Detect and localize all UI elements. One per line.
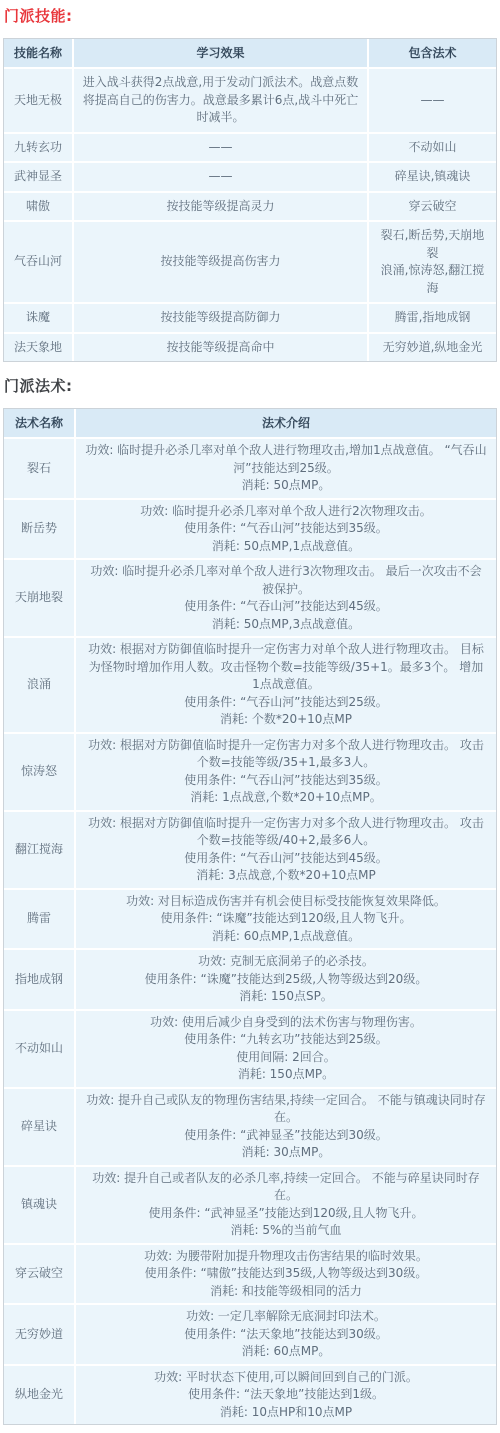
spell-intro-line: 功效: 根据对方防御值临时提升一定伤害力对单个敌人进行物理攻击。 目标为怪物时增… — [85, 641, 487, 694]
spell-intro-cell: 功效: 根据对方防御值临时提升一定伤害力对多个敌人进行物理攻击。 攻击个数=技能… — [76, 734, 496, 812]
spell-intro-line: 使用条件: “气吞山河”技能达到35级。 — [85, 520, 487, 538]
spell-name-cell: 纵地金光 — [4, 1366, 76, 1425]
spell-intro-line: 使用条件: “武神显圣”技能达到30级。 — [85, 1127, 487, 1145]
spell-intro-cell: 功效: 提升自己或者队友的必杀几率,持续一定回合。 不能与碎星诀同时存在。使用条… — [76, 1167, 496, 1245]
spell-name-cell: 指地成钢 — [4, 950, 76, 1011]
spell-name-cell: 裂石 — [4, 439, 76, 500]
spell-name-cell: 断岳势 — [4, 500, 76, 561]
spells-table: 法术名称 法术介绍 裂石功效: 临时提升必杀几率对单个敌人进行物理攻击,增加1点… — [3, 408, 497, 1425]
spell-intro-cell: 功效: 一定几率解除无底洞封印法术。使用条件: “法天象地”技能达到30级。消耗… — [76, 1305, 496, 1366]
spell-row: 指地成钢功效: 克制无底洞弟子的必杀技。使用条件: “诛魔”技能达到25级,人物… — [4, 950, 496, 1011]
skill-row: 九转玄功——不动如山 — [4, 134, 496, 164]
spell-intro-cell: 功效: 临时提升必杀几率对单个敌人进行2次物理攻击。使用条件: “气吞山河”技能… — [76, 500, 496, 561]
spell-intro-cell: 功效: 克制无底洞弟子的必杀技。使用条件: “诛魔”技能达到25级,人物等级达到… — [76, 950, 496, 1011]
page: 门派技能: 技能名称 学习效果 包含法术 天地无极进入战斗获得2点战意,用于发动… — [0, 0, 500, 1433]
spell-intro-line: 使用条件: “法天象地”技能达到30级。 — [85, 1326, 487, 1344]
skill-spells-cell: 穿云破空 — [369, 193, 496, 223]
spell-intro-line: 功效: 使用后减少自身受到的法术伤害与物理伤害。 — [85, 1014, 487, 1032]
spell-intro-line: 功效: 为腰带附加提升物理攻击伤害结果的临时效果。 — [85, 1248, 487, 1266]
spell-intro-cell: 功效: 使用后减少自身受到的法术伤害与物理伤害。使用条件: “九转玄功”技能达到… — [76, 1011, 496, 1089]
skill-row: 诛魔按技能等级提高防御力腾雷,指地成钢 — [4, 304, 496, 334]
spell-intro-line: 消耗: 60点MP,1点战意值。 — [85, 928, 487, 946]
spell-intro-line: 消耗: 个数*20+10点MP — [85, 711, 487, 729]
skill-effect-cell: 进入战斗获得2点战意,用于发动门派法术。战意点数将提高自己的伤害力。战意最多累计… — [74, 69, 369, 134]
spell-row: 不动如山功效: 使用后减少自身受到的法术伤害与物理伤害。使用条件: “九转玄功”… — [4, 1011, 496, 1089]
spell-row: 裂石功效: 临时提升必杀几率对单个敌人进行物理攻击,增加1点战意值。 “气吞山河… — [4, 439, 496, 500]
spell-intro-line: 消耗: 30点MP。 — [85, 1144, 487, 1162]
spell-intro-line: 消耗: 50点MP,1点战意值。 — [85, 538, 487, 556]
skill-name-cell: 啸傲 — [4, 193, 74, 223]
spell-intro-line: 使用间隔: 2回合。 — [85, 1049, 487, 1067]
skills-header-effect: 学习效果 — [74, 39, 369, 69]
spell-intro-line: 使用条件: “法天象地”技能达到1级。 — [85, 1386, 487, 1404]
skill-name-cell: 法天象地 — [4, 334, 74, 362]
spell-intro-line: 消耗: 5%的当前气血 — [85, 1222, 487, 1240]
spell-intro-cell: 功效: 提升自己或队友的物理伤害结果,持续一定回合。 不能与镇魂诀同时存在。使用… — [76, 1089, 496, 1167]
skill-name-cell: 天地无极 — [4, 69, 74, 134]
skill-name-cell: 气吞山河 — [4, 222, 74, 304]
spell-row: 无穷妙道功效: 一定几率解除无底洞封印法术。使用条件: “法天象地”技能达到30… — [4, 1305, 496, 1366]
skill-name-cell: 九转玄功 — [4, 134, 74, 164]
spell-name-cell: 翻江搅海 — [4, 812, 76, 890]
spell-intro-cell: 功效: 根据对方防御值临时提升一定伤害力对多个敌人进行物理攻击。 攻击个数=技能… — [76, 812, 496, 890]
skill-row: 天地无极进入战斗获得2点战意,用于发动门派法术。战意点数将提高自己的伤害力。战意… — [4, 69, 496, 134]
spell-intro-line: 功效: 根据对方防御值临时提升一定伤害力对多个敌人进行物理攻击。 攻击个数=技能… — [85, 737, 487, 772]
spell-intro-line: 消耗: 150点MP。 — [85, 1066, 487, 1084]
spell-intro-line: 使用条件: “气吞山河”技能达到45级。 — [85, 598, 487, 616]
spells-header-row: 法术名称 法术介绍 — [4, 409, 496, 439]
skill-effect-cell: —— — [74, 134, 369, 164]
spell-intro-line: 消耗: 和技能等级相同的活力 — [85, 1283, 487, 1301]
spell-intro-line: 使用条件: “武神显圣”技能达到120级,且人物飞升。 — [85, 1205, 487, 1223]
skill-row: 武神显圣——碎星诀,镇魂诀 — [4, 163, 496, 193]
spell-name-cell: 碎星诀 — [4, 1089, 76, 1167]
skill-spells-cell: 腾雷,指地成钢 — [369, 304, 496, 334]
spell-intro-line: 使用条件: “诛魔”技能达到120级,且人物飞升。 — [85, 910, 487, 928]
spells-header-name: 法术名称 — [4, 409, 76, 439]
spell-intro-line: 功效: 提升自己或者队友的必杀几率,持续一定回合。 不能与碎星诀同时存在。 — [85, 1170, 487, 1205]
skill-effect-cell: 按技能等级提高命中 — [74, 334, 369, 362]
spell-name-cell: 无穷妙道 — [4, 1305, 76, 1366]
skill-effect-cell: —— — [74, 163, 369, 193]
spell-intro-line: 消耗: 3点战意,个数*20+10点MP — [85, 867, 487, 885]
spell-row: 浪涌功效: 根据对方防御值临时提升一定伤害力对单个敌人进行物理攻击。 目标为怪物… — [4, 638, 496, 734]
skill-row: 啸傲按技能等级提高灵力穿云破空 — [4, 193, 496, 223]
spells-table-body: 裂石功效: 临时提升必杀几率对单个敌人进行物理攻击,增加1点战意值。 “气吞山河… — [4, 439, 496, 1424]
spell-intro-line: 功效: 提升自己或队友的物理伤害结果,持续一定回合。 不能与镇魂诀同时存在。 — [85, 1092, 487, 1127]
spell-row: 断岳势功效: 临时提升必杀几率对单个敌人进行2次物理攻击。使用条件: “气吞山河… — [4, 500, 496, 561]
skills-table-body: 天地无极进入战斗获得2点战意,用于发动门派法术。战意点数将提高自己的伤害力。战意… — [4, 69, 496, 361]
spell-intro-line: 使用条件: “气吞山河”技能达到45级。 — [85, 850, 487, 868]
spell-intro-line: 使用条件: “九转玄功”技能达到25级。 — [85, 1031, 487, 1049]
spell-intro-line: 消耗: 60点MP。 — [85, 1343, 487, 1361]
skill-spells-cell: 碎星诀,镇魂诀 — [369, 163, 496, 193]
spell-intro-line: 消耗: 50点MP。 — [85, 477, 487, 495]
spell-row: 天崩地裂功效: 临时提升必杀几率对单个敌人进行3次物理攻击。 最后一次攻击不会被… — [4, 560, 496, 638]
spell-intro-cell: 功效: 临时提升必杀几率对单个敌人进行物理攻击,增加1点战意值。 “气吞山河”技… — [76, 439, 496, 500]
skill-spells-cell: 裂石,断岳势,天崩地裂 浪涌,惊涛怒,翻江搅海 — [369, 222, 496, 304]
spell-intro-line: 使用条件: “啸傲”技能达到35级,人物等级达到30级。 — [85, 1265, 487, 1283]
skill-effect-cell: 按技能等级提高防御力 — [74, 304, 369, 334]
spell-name-cell: 天崩地裂 — [4, 560, 76, 638]
skills-header-spells: 包含法术 — [369, 39, 496, 69]
spell-intro-line: 使用条件: “诛魔”技能达到25级,人物等级达到20级。 — [85, 971, 487, 989]
spell-name-cell: 不动如山 — [4, 1011, 76, 1089]
spell-intro-line: 功效: 临时提升必杀几率对单个敌人进行物理攻击,增加1点战意值。 “气吞山河”技… — [85, 442, 487, 477]
spell-row: 镇魂诀功效: 提升自己或者队友的必杀几率,持续一定回合。 不能与碎星诀同时存在。… — [4, 1167, 496, 1245]
spell-intro-line: 功效: 临时提升必杀几率对单个敌人进行3次物理攻击。 最后一次攻击不会被保护。 — [85, 563, 487, 598]
spell-intro-line: 使用条件: “气吞山河”技能达到25级。 — [85, 694, 487, 712]
spell-row: 碎星诀功效: 提升自己或队友的物理伤害结果,持续一定回合。 不能与镇魂诀同时存在… — [4, 1089, 496, 1167]
skills-header-row: 技能名称 学习效果 包含法术 — [4, 39, 496, 69]
spell-intro-line: 功效: 一定几率解除无底洞封印法术。 — [85, 1308, 487, 1326]
spell-name-cell: 惊涛怒 — [4, 734, 76, 812]
spell-intro-line: 功效: 临时提升必杀几率对单个敌人进行2次物理攻击。 — [85, 503, 487, 521]
skill-name-cell: 武神显圣 — [4, 163, 74, 193]
spells-section-title: 门派法术: — [4, 376, 497, 396]
spell-intro-cell: 功效: 对目标造成伤害并有机会使目标受技能恢复效果降低。使用条件: “诛魔”技能… — [76, 890, 496, 951]
spell-row: 纵地金光功效: 平时状态下使用,可以瞬间回到自己的门派。使用条件: “法天象地”… — [4, 1366, 496, 1425]
skills-section-title: 门派技能: — [4, 6, 497, 26]
spell-intro-line: 功效: 平时状态下使用,可以瞬间回到自己的门派。 — [85, 1369, 487, 1387]
spell-name-cell: 浪涌 — [4, 638, 76, 734]
spell-row: 翻江搅海功效: 根据对方防御值临时提升一定伤害力对多个敌人进行物理攻击。 攻击个… — [4, 812, 496, 890]
spell-row: 穿云破空功效: 为腰带附加提升物理攻击伤害结果的临时效果。使用条件: “啸傲”技… — [4, 1245, 496, 1306]
spell-intro-line: 消耗: 150点SP。 — [85, 988, 487, 1006]
skills-table: 技能名称 学习效果 包含法术 天地无极进入战斗获得2点战意,用于发动门派法术。战… — [3, 38, 497, 362]
spell-intro-line: 功效: 根据对方防御值临时提升一定伤害力对多个敌人进行物理攻击。 攻击个数=技能… — [85, 815, 487, 850]
skill-spells-cell: 无穷妙道,纵地金光 — [369, 334, 496, 362]
spell-intro-line: 消耗: 10点HP和10点MP — [85, 1404, 487, 1422]
spell-name-cell: 腾雷 — [4, 890, 76, 951]
skills-header-name: 技能名称 — [4, 39, 74, 69]
skill-effect-cell: 按技能等级提高伤害力 — [74, 222, 369, 304]
skill-row: 气吞山河按技能等级提高伤害力裂石,断岳势,天崩地裂 浪涌,惊涛怒,翻江搅海 — [4, 222, 496, 304]
spells-header-intro: 法术介绍 — [76, 409, 496, 439]
spell-intro-line: 消耗: 50点MP,3点战意值。 — [85, 616, 487, 634]
spell-intro-cell: 功效: 平时状态下使用,可以瞬间回到自己的门派。使用条件: “法天象地”技能达到… — [76, 1366, 496, 1425]
skill-row: 法天象地按技能等级提高命中无穷妙道,纵地金光 — [4, 334, 496, 362]
spell-intro-cell: 功效: 为腰带附加提升物理攻击伤害结果的临时效果。使用条件: “啸傲”技能达到3… — [76, 1245, 496, 1306]
skill-effect-cell: 按技能等级提高灵力 — [74, 193, 369, 223]
spell-row: 惊涛怒功效: 根据对方防御值临时提升一定伤害力对多个敌人进行物理攻击。 攻击个数… — [4, 734, 496, 812]
skill-name-cell: 诛魔 — [4, 304, 74, 334]
skill-spells-cell: —— — [369, 69, 496, 134]
spell-intro-line: 使用条件: “气吞山河”技能达到35级。 — [85, 772, 487, 790]
spell-row: 腾雷功效: 对目标造成伤害并有机会使目标受技能恢复效果降低。使用条件: “诛魔”… — [4, 890, 496, 951]
spell-intro-cell: 功效: 临时提升必杀几率对单个敌人进行3次物理攻击。 最后一次攻击不会被保护。使… — [76, 560, 496, 638]
spell-intro-line: 功效: 克制无底洞弟子的必杀技。 — [85, 953, 487, 971]
spell-name-cell: 镇魂诀 — [4, 1167, 76, 1245]
spell-intro-line: 功效: 对目标造成伤害并有机会使目标受技能恢复效果降低。 — [85, 893, 487, 911]
spell-intro-cell: 功效: 根据对方防御值临时提升一定伤害力对单个敌人进行物理攻击。 目标为怪物时增… — [76, 638, 496, 734]
spell-intro-line: 消耗: 1点战意,个数*20+10点MP。 — [85, 789, 487, 807]
spell-name-cell: 穿云破空 — [4, 1245, 76, 1306]
skill-spells-cell: 不动如山 — [369, 134, 496, 164]
